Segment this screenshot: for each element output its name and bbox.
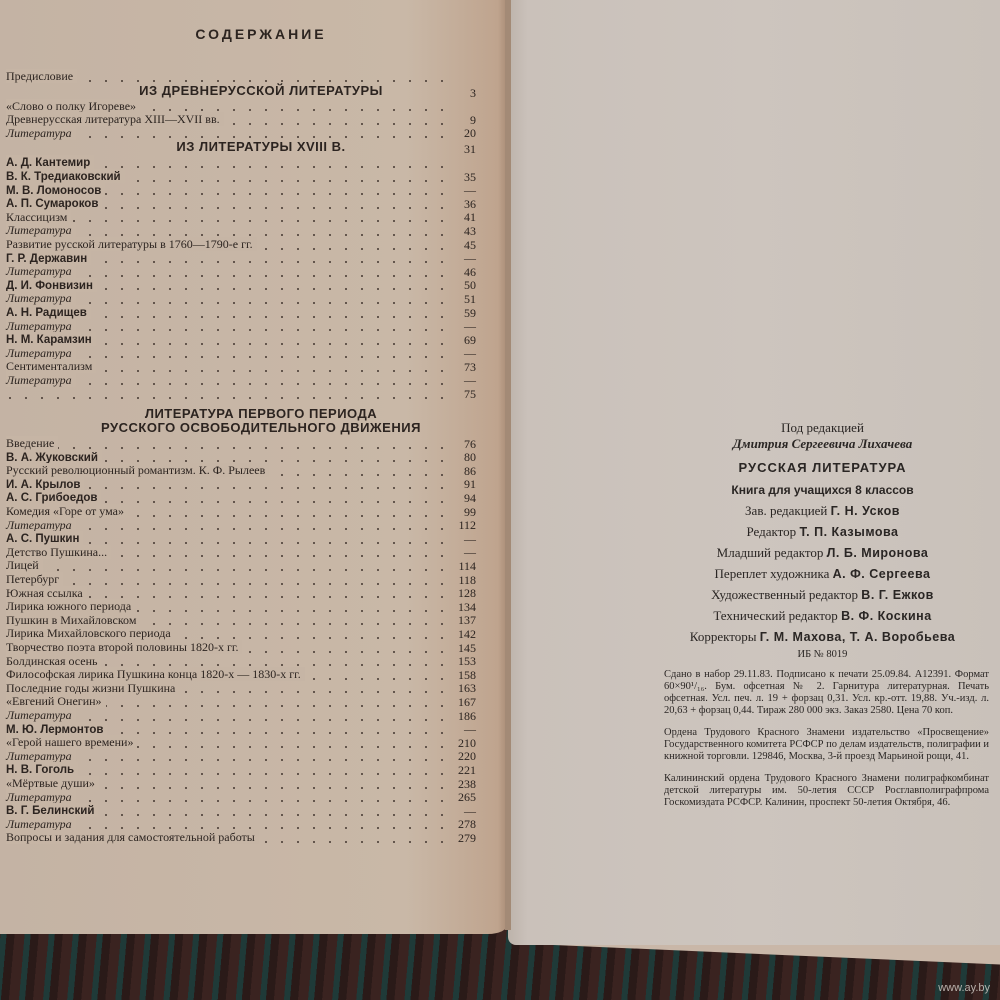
toc-entry[interactable]: Детство Пушкина...— xyxy=(6,546,476,560)
toc-entry[interactable]: В. К. Тредиаковский35 xyxy=(6,170,476,184)
page-number: 134 xyxy=(452,601,476,614)
toc-entry[interactable]: Предисловие xyxy=(6,70,476,84)
page-number: 91 xyxy=(452,478,476,491)
edited-by-label: Под редакцией xyxy=(650,420,995,436)
toc-entry[interactable]: А. С. Грибоедов94 xyxy=(6,491,476,505)
toc-entry[interactable]: «Мёртвые души»238 xyxy=(6,777,476,791)
toc-entry[interactable]: А. Н. Радищев59 xyxy=(6,306,476,320)
entry-title: В. Г. Белинский xyxy=(6,805,94,817)
entry-title: А. С. Грибоедов xyxy=(6,492,97,504)
page-number: 80 xyxy=(452,451,476,464)
section-title: ИЗ ЛИТЕРАТУРЫ XVIII В. xyxy=(46,140,476,154)
toc-entry[interactable]: Сентиментализм73 xyxy=(6,360,476,374)
page-number: 45 xyxy=(452,239,476,252)
toc-entry[interactable]: Д. И. Фонвизин50 xyxy=(6,279,476,293)
entry-title: Детство Пушкина... xyxy=(6,545,107,559)
page-number: 36 xyxy=(452,198,476,211)
toc-entry[interactable]: Творчество поэта второй половины 1820-х … xyxy=(6,641,476,655)
entry-title: В. А. Жуковский xyxy=(6,452,98,464)
ib-number: ИБ № 8019 xyxy=(650,647,995,663)
entry-title: Литература xyxy=(6,264,72,278)
toc-entry[interactable]: Вопросы и задания для самостоятельной ра… xyxy=(6,831,476,845)
toc-entry[interactable]: Литература186 xyxy=(6,709,476,723)
toc-entry[interactable]: Введение76 xyxy=(6,437,476,451)
toc-entry[interactable]: Петербург118 xyxy=(6,573,476,587)
page-number: — xyxy=(452,533,476,546)
entry-title: В. К. Тредиаковский xyxy=(6,171,121,183)
print-details: Сдано в набор 29.11.83. Подписано к печа… xyxy=(650,669,995,717)
toc-entry[interactable]: Развитие русской литературы в 1760—1790-… xyxy=(6,238,476,252)
toc-entry[interactable]: Комедия «Горе от ума»99 xyxy=(6,505,476,519)
toc-entry[interactable]: А. Д. Кантемир xyxy=(6,156,476,170)
entry-title: М. В. Ломоносов xyxy=(6,185,101,197)
page-number: 76 xyxy=(452,438,476,451)
credit-line: Художественный редактор В. Г. Ежков xyxy=(650,587,995,603)
page-number: 137 xyxy=(452,614,476,627)
entry-title: Литература xyxy=(6,708,72,722)
entry-title: Лирика Михайловского периода xyxy=(6,626,171,640)
toc-entry[interactable]: В. Г. Белинский— xyxy=(6,804,476,818)
page-number: 20 xyxy=(452,127,476,140)
entry-title: Классицизм xyxy=(6,210,67,224)
credit-name: Г. Н. Усков xyxy=(831,504,900,518)
entry-title: Болдинская осень xyxy=(6,654,97,668)
entry-title: Сентиментализм xyxy=(6,359,92,373)
entry-title: Вопросы и задания для самостоятельной ра… xyxy=(6,830,255,844)
toc-entry[interactable]: А. С. Пушкин— xyxy=(6,532,476,546)
entry-title: Литература xyxy=(6,817,72,831)
entry-title: Пушкин в Михайловском xyxy=(6,613,136,627)
credit-role: Младший редактор xyxy=(717,545,824,560)
page-number: 112 xyxy=(452,519,476,532)
book-title: РУССКАЯ ЛИТЕРАТУРА xyxy=(650,460,995,476)
section-title-line1: ЛИТЕРАТУРА ПЕРВОГО ПЕРИОДА xyxy=(46,407,476,421)
page-number: 114 xyxy=(452,560,476,573)
page-number: 238 xyxy=(452,778,476,791)
toc-entry[interactable]: Г. Р. Державин— xyxy=(6,252,476,266)
toc-entry[interactable]: Лицей114 xyxy=(6,559,476,573)
entry-title: Д. И. Фонвизин xyxy=(6,280,93,292)
entry-title: А. Д. Кантемир xyxy=(6,157,90,169)
entry-title: «Герой нашего времени» xyxy=(6,735,133,749)
entry-title: Лирика южного периода xyxy=(6,599,131,613)
entry-title: Литература xyxy=(6,749,72,763)
credit-line: Технический редактор В. Ф. Коскина xyxy=(650,608,995,624)
toc-rows: ПредисловиеИЗ ДРЕВНЕРУССКОЙ ЛИТЕРАТУРЫ3«… xyxy=(6,70,476,845)
entry-title: Литература xyxy=(6,223,72,237)
toc-entry[interactable]: 75 xyxy=(6,387,476,401)
entry-title: Литература xyxy=(6,126,72,140)
page-number: 69 xyxy=(452,334,476,347)
credits-list: Зав. редакцией Г. Н. УсковРедактор Т. П.… xyxy=(650,503,995,645)
entry-title: Южная ссылка xyxy=(6,586,83,600)
page-number: 75 xyxy=(452,388,476,401)
book-gutter xyxy=(505,0,511,930)
credit-line: Корректоры Г. М. Махова, Т. А. Воробьева xyxy=(650,629,995,645)
toc-entry[interactable]: Литература51 xyxy=(6,292,476,306)
entry-title: «Слово о полку Игореве» xyxy=(6,99,136,113)
credit-line: Переплет художника А. Ф. Сергеева xyxy=(650,566,995,582)
toc-section-heading: ИЗ ЛИТЕРАТУРЫ XVIII В.31 xyxy=(6,140,476,156)
page-number: — xyxy=(452,805,476,818)
entry-title: Комедия «Горе от ума» xyxy=(6,504,124,518)
toc-entry[interactable]: Н. В. Гоголь221 xyxy=(6,763,476,777)
entry-title: Развитие русской литературы в 1760—1790-… xyxy=(6,237,253,251)
page-number: 46 xyxy=(452,266,476,279)
entry-title: Древнерусская литература XIII—XVII вв. xyxy=(6,112,220,126)
credit-line: Зав. редакцией Г. Н. Усков xyxy=(650,503,995,519)
entry-title: Предисловие xyxy=(6,69,73,83)
toc-entry[interactable]: Н. М. Карамзин69 xyxy=(6,333,476,347)
section-title: ИЗ ДРЕВНЕРУССКОЙ ЛИТЕРАТУРЫ xyxy=(46,84,476,98)
page-number: 158 xyxy=(452,669,476,682)
page-number: — xyxy=(452,546,476,559)
page-number: 73 xyxy=(452,361,476,374)
entry-title: «Мёртвые души» xyxy=(6,776,95,790)
toc-entry[interactable]: «Евгений Онегин»167 xyxy=(6,695,476,709)
credit-role: Переплет художника xyxy=(715,566,830,581)
entry-title: Н. В. Гоголь xyxy=(6,764,74,776)
entry-title: Г. Р. Державин xyxy=(6,253,87,265)
editor-name: Дмитрия Сергеевича Лихачева xyxy=(650,436,995,452)
page-number: 163 xyxy=(452,682,476,695)
page-number: — xyxy=(452,184,476,197)
entry-title: М. Ю. Лермонтов xyxy=(6,724,103,736)
page-number: 142 xyxy=(452,628,476,641)
page-number: 221 xyxy=(452,764,476,777)
page-number: 220 xyxy=(452,750,476,763)
dot-leader xyxy=(6,569,450,571)
toc-entry[interactable]: Литература43 xyxy=(6,224,476,238)
page-number: 153 xyxy=(452,655,476,668)
credit-role: Технический редактор xyxy=(713,608,837,623)
page-number: 265 xyxy=(452,791,476,804)
watermark: www.ay.by xyxy=(938,982,990,994)
imprint-page: Под редакцией Дмитрия Сергеевича Лихачев… xyxy=(650,420,995,809)
toc-entry[interactable]: «Герой нашего времени»210 xyxy=(6,736,476,750)
publisher-info: Ордена Трудового Красного Знамени издате… xyxy=(650,727,995,763)
page-number: 51 xyxy=(452,293,476,306)
entry-title: А. П. Сумароков xyxy=(6,198,98,210)
page-number: — xyxy=(452,252,476,265)
credit-name: Г. М. Махова, Т. А. Воробьева xyxy=(760,630,955,644)
table-of-contents: СОДЕРЖАНИЕ ПредисловиеИЗ ДРЕВНЕРУССКОЙ Л… xyxy=(6,26,476,845)
page-number: — xyxy=(452,320,476,333)
page-number: 186 xyxy=(452,710,476,723)
entry-title: А. С. Пушкин xyxy=(6,533,79,545)
page-number: — xyxy=(452,374,476,387)
page-number: — xyxy=(452,347,476,360)
printer-info: Калининский ордена Трудового Красного Зн… xyxy=(650,773,995,809)
page-number: 128 xyxy=(452,587,476,600)
section-title-line2: РУССКОГО ОСВОБОДИТЕЛЬНОГО ДВИЖЕНИЯ xyxy=(46,421,476,435)
page-number: 145 xyxy=(452,642,476,655)
page-number: 59 xyxy=(452,307,476,320)
entry-title: Петербург xyxy=(6,572,59,586)
credit-name: Л. Б. Миронова xyxy=(827,546,929,560)
entry-title: Русский революционный романтизм. К. Ф. Р… xyxy=(6,463,265,477)
page-number: 43 xyxy=(452,225,476,238)
toc-entry[interactable]: Литература— xyxy=(6,374,476,388)
entry-title: Последние годы жизни Пушкина xyxy=(6,681,175,695)
page-number: 35 xyxy=(452,171,476,184)
page-number: 279 xyxy=(452,832,476,845)
page-number: 9 xyxy=(452,114,476,127)
toc-title: СОДЕРЖАНИЕ xyxy=(46,26,476,46)
toc-entry[interactable]: Классицизм41 xyxy=(6,211,476,225)
credit-role: Художественный редактор xyxy=(711,587,858,602)
credit-name: В. Ф. Коскина xyxy=(841,609,932,623)
toc-entry[interactable]: Русский революционный романтизм. К. Ф. Р… xyxy=(6,464,476,478)
page-number: 31 xyxy=(452,143,476,156)
entry-title: А. Н. Радищев xyxy=(6,307,87,319)
toc-section-heading: ИЗ ДРЕВНЕРУССКОЙ ЛИТЕРАТУРЫ3 xyxy=(6,84,476,100)
credit-line: Редактор Т. П. Казымова xyxy=(650,524,995,540)
credit-role: Корректоры xyxy=(690,629,757,644)
page-number: 167 xyxy=(452,696,476,709)
toc-entry[interactable]: Философская лирика Пушкина конца 1820-х … xyxy=(6,668,476,682)
page-number: 99 xyxy=(452,506,476,519)
entry-title: Творчество поэта второй половины 1820-х … xyxy=(6,640,238,654)
toc-entry[interactable]: Лирика Михайловского периода142 xyxy=(6,627,476,641)
entry-title: Философская лирика Пушкина конца 1820-х … xyxy=(6,667,301,681)
dot-leader xyxy=(6,397,450,399)
credit-name: А. Ф. Сергеева xyxy=(833,567,931,581)
entry-title: Литература xyxy=(6,319,72,333)
page-number: 94 xyxy=(452,492,476,505)
page-number: 118 xyxy=(452,574,476,587)
entry-title: Лицей xyxy=(6,558,39,572)
toc-entry[interactable]: Литература46 xyxy=(6,265,476,279)
entry-title: Литература xyxy=(6,291,72,305)
entry-title: Литература xyxy=(6,790,72,804)
toc-entry[interactable]: А. П. Сумароков36 xyxy=(6,197,476,211)
book-subtitle: Книга для учащихся 8 классов xyxy=(650,482,995,498)
toc-entry[interactable]: Литература20 xyxy=(6,127,476,141)
page-number: 278 xyxy=(452,818,476,831)
page-number: 210 xyxy=(452,737,476,750)
entry-title: Н. М. Карамзин xyxy=(6,334,92,346)
dot-leader xyxy=(6,447,450,449)
entry-title: Введение xyxy=(6,436,54,450)
credit-name: В. Г. Ежков xyxy=(861,588,934,602)
entry-title: Литература xyxy=(6,518,72,532)
entry-title: Литература xyxy=(6,373,72,387)
page-number: 41 xyxy=(452,211,476,224)
entry-title: «Евгений Онегин» xyxy=(6,694,102,708)
entry-title: Литература xyxy=(6,346,72,360)
dot-leader xyxy=(6,583,450,585)
credit-role: Редактор xyxy=(746,524,796,539)
toc-entry[interactable]: Лирика южного периода134 xyxy=(6,600,476,614)
toc-entry[interactable]: Древнерусская литература XIII—XVII вв.9 xyxy=(6,113,476,127)
credit-name: Т. П. Казымова xyxy=(799,525,898,539)
page-number: 3 xyxy=(452,87,476,100)
toc-section-heading: ЛИТЕРАТУРА ПЕРВОГО ПЕРИОДАРУССКОГО ОСВОБ… xyxy=(6,407,476,435)
page-number: 50 xyxy=(452,279,476,292)
credit-line: Младший редактор Л. Б. Миронова xyxy=(650,545,995,561)
credit-role: Зав. редакцией xyxy=(745,503,827,518)
page-number: 86 xyxy=(452,465,476,478)
page-number: — xyxy=(452,723,476,736)
